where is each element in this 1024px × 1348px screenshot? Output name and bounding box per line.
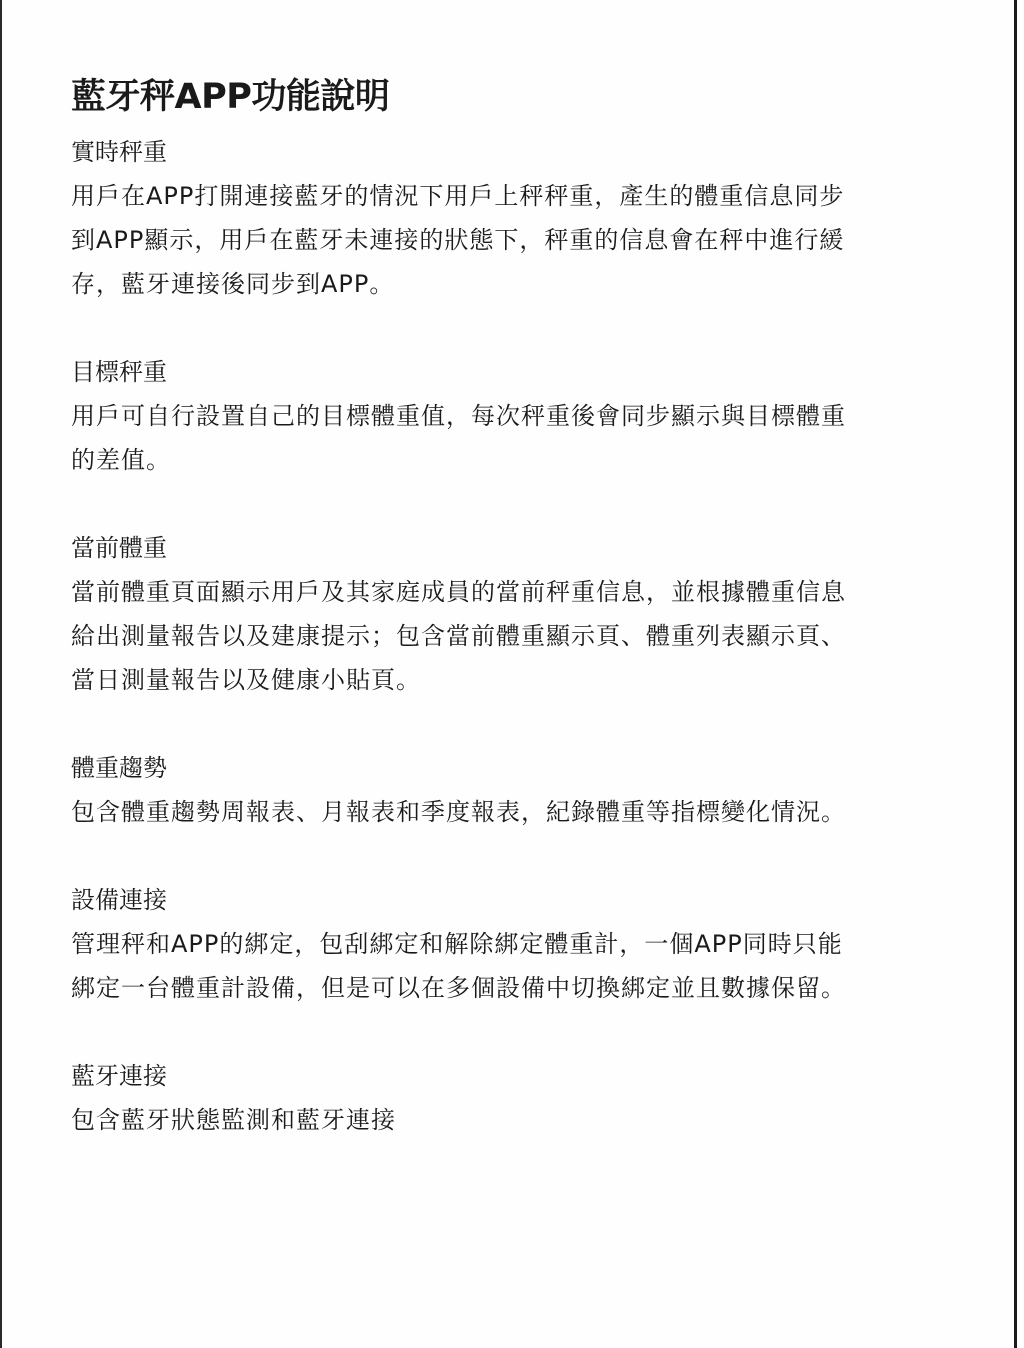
section-body: 管理秤和APP的綁定，包刮綁定和解除綁定體重計，一個APP同時只能 綁定一台體重… [71, 922, 951, 1010]
page-border-left [0, 0, 2, 1348]
section-spacer [71, 1010, 951, 1054]
section-spacer [71, 834, 951, 878]
section-body: 包含體重趨勢周報表、月報表和季度報表，紀錄體重等指標變化情況。 [71, 790, 951, 834]
section-spacer [71, 482, 951, 526]
section-device-connection: 設備連接 管理秤和APP的綁定，包刮綁定和解除綁定體重計，一個APP同時只能 綁… [71, 878, 951, 1010]
section-heading: 設備連接 [71, 878, 951, 922]
section-bluetooth-connection: 藍牙連接 包含藍牙狀態監測和藍牙連接 [71, 1054, 951, 1142]
section-body: 包含藍牙狀態監測和藍牙連接 [71, 1098, 951, 1142]
document-title: 藍牙秤APP功能說明 [71, 72, 951, 122]
section-body: 用戶在APP打開連接藍牙的情況下用戶上秤秤重，產生的體重信息同步 到APP顯示，… [71, 174, 951, 306]
section-heading: 目標秤重 [71, 350, 951, 394]
page-border-right [1014, 0, 1017, 1348]
section-body: 用戶可自行設置自己的目標體重值，每次秤重後會同步顯示與目標體重 的差值。 [71, 394, 951, 482]
section-heading: 體重趨勢 [71, 746, 951, 790]
section-spacer [71, 306, 951, 350]
document-page: 藍牙秤APP功能說明 實時秤重 用戶在APP打開連接藍牙的情況下用戶上秤秤重，產… [71, 72, 951, 1142]
section-current-weight: 當前體重 當前體重頁面顯示用戶及其家庭成員的當前秤重信息，並根據體重信息 給出測… [71, 526, 951, 702]
section-weight-trend: 體重趨勢 包含體重趨勢周報表、月報表和季度報表，紀錄體重等指標變化情況。 [71, 746, 951, 834]
section-target-weight: 目標秤重 用戶可自行設置自己的目標體重值，每次秤重後會同步顯示與目標體重 的差值… [71, 350, 951, 482]
section-body: 當前體重頁面顯示用戶及其家庭成員的當前秤重信息，並根據體重信息 給出測量報告以及… [71, 570, 951, 702]
section-spacer [71, 702, 951, 746]
section-realtime-weighing: 實時秤重 用戶在APP打開連接藍牙的情況下用戶上秤秤重，產生的體重信息同步 到A… [71, 130, 951, 306]
section-heading: 實時秤重 [71, 130, 951, 174]
section-heading: 藍牙連接 [71, 1054, 951, 1098]
section-heading: 當前體重 [71, 526, 951, 570]
